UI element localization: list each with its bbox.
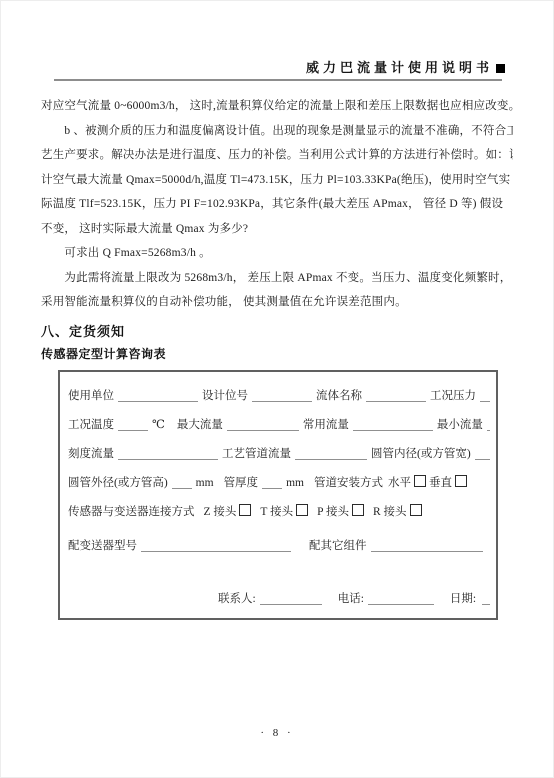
form-title: 传感器定型计算咨询表 bbox=[41, 345, 513, 362]
blank-field[interactable] bbox=[260, 592, 322, 605]
black-square-icon bbox=[496, 64, 505, 73]
field-label: 传感器与变送器连接方式 bbox=[68, 506, 195, 518]
paragraph-line: 对应空气流量 0~6000m3/h， 这时,流量积算仪给定的流量上限和差压上限数… bbox=[41, 94, 513, 119]
body-text: 对应空气流量 0~6000m3/h， 这时,流量积算仪给定的流量上限和差压上限数… bbox=[41, 94, 513, 315]
blank-field[interactable] bbox=[172, 476, 192, 489]
field-label: R 接头 bbox=[373, 506, 407, 518]
field-label: 工况压力 bbox=[430, 390, 476, 402]
field-label: P 接头 bbox=[317, 506, 349, 518]
blank-field[interactable] bbox=[295, 447, 367, 460]
form-row: 圆管外径(或方管高)mm管厚度mm管道安装方式水平垂直 bbox=[66, 469, 490, 498]
field-label: 工况温度 bbox=[68, 419, 114, 431]
field-label: 流体名称 bbox=[316, 390, 362, 402]
field-label: 圆管内径(或方管宽) bbox=[371, 448, 471, 460]
field-label: 电话: bbox=[338, 593, 364, 605]
header-divider bbox=[54, 79, 502, 81]
contact-row: 联系人:电话:日期: bbox=[66, 585, 490, 614]
blank-field[interactable] bbox=[262, 476, 282, 489]
blank-field[interactable] bbox=[141, 539, 291, 552]
field-label: 使用单位 bbox=[68, 390, 114, 402]
field-label: 配变送器型号 bbox=[68, 540, 137, 552]
paragraph-line: 计空气最大流量 Qmax=5000d/h,温度 Tl=473.15K，压力 Pl… bbox=[41, 168, 513, 193]
blank-field[interactable] bbox=[227, 418, 299, 431]
blank-field[interactable] bbox=[353, 418, 433, 431]
checkbox[interactable] bbox=[352, 504, 364, 516]
paragraph-line: b 、被测介质的压力和温度偏离设计值。出现的现象是测量显示的流量不准确，不符合工 bbox=[41, 119, 513, 144]
underlined-group: Z 接头T 接头P 接头R 接头 bbox=[201, 498, 424, 527]
checkbox[interactable] bbox=[410, 504, 422, 516]
blank-field[interactable] bbox=[118, 389, 198, 402]
field-label: 圆管外径(或方管高) bbox=[68, 477, 168, 489]
blank-field[interactable] bbox=[368, 592, 434, 605]
header: 威力巴流量计使用说明书 bbox=[41, 1, 513, 81]
field-label: mm bbox=[196, 477, 214, 489]
form-row: 使用单位设计位号流体名称工况压力MPa bbox=[66, 382, 490, 411]
paragraph-line: 艺生产要求。解决办法是进行温度、压力的补偿。当利用公式计算的方法进行补偿时。如：… bbox=[41, 143, 513, 168]
section-title: 八、定货须知 bbox=[41, 321, 513, 340]
blank-field[interactable] bbox=[252, 389, 312, 402]
field-label: T 接头 bbox=[260, 506, 293, 518]
field-label: 水平 bbox=[388, 477, 411, 489]
paragraph-line: 不变， 这时实际最大流量 Qmax 为多少? bbox=[41, 217, 513, 242]
blank-field[interactable] bbox=[118, 418, 148, 431]
field-label: 联系人: bbox=[218, 593, 256, 605]
blank-field[interactable] bbox=[475, 447, 490, 460]
form-row: 传感器与变送器连接方式Z 接头T 接头P 接头R 接头 bbox=[66, 498, 490, 527]
field-label: 配其它组件 bbox=[309, 540, 367, 552]
form-row: 刻度流量工艺管道流量圆管内径(或方管宽)mm bbox=[66, 440, 490, 469]
header-title-text: 威力巴流量计使用说明书 bbox=[306, 60, 493, 75]
manual-page: 威力巴流量计使用说明书 对应空气流量 0~6000m3/h， 这时,流量积算仪给… bbox=[0, 0, 554, 778]
paragraph-line: 为此需将流量上限改为 5268m3/h， 差压上限 APmax 不变。当压力、温… bbox=[41, 266, 513, 291]
field-label: 管厚度 bbox=[224, 477, 259, 489]
form-row: 工况温度℃最大流量常用流量最小流量 bbox=[66, 411, 490, 440]
blank-field[interactable] bbox=[371, 539, 483, 552]
blank-field[interactable] bbox=[366, 389, 426, 402]
field-label: Z 接头 bbox=[204, 506, 237, 518]
field-label: 日期: bbox=[450, 593, 476, 605]
form-row: 配变送器型号配其它组件 bbox=[66, 532, 490, 561]
field-label: ℃ bbox=[152, 419, 165, 431]
blank-field[interactable] bbox=[470, 477, 490, 489]
header-title: 威力巴流量计使用说明书 bbox=[41, 57, 513, 76]
field-label: 垂直 bbox=[429, 477, 452, 489]
form-rows: 使用单位设计位号流体名称工况压力MPa工况温度℃最大流量常用流量最小流量刻度流量… bbox=[66, 382, 490, 561]
field-label: 最大流量 bbox=[177, 419, 223, 431]
paragraph-line: 采用智能流量积算仪的自动补偿功能， 使其测量值在允许误差范围内。 bbox=[41, 290, 513, 315]
underlined-group: 水平垂直 bbox=[385, 469, 490, 498]
field-label: 常用流量 bbox=[303, 419, 349, 431]
field-label: mm bbox=[286, 477, 304, 489]
paragraph-line: 可求出 Q Fmax=5268m3/h 。 bbox=[41, 241, 513, 266]
checkbox[interactable] bbox=[455, 475, 467, 487]
order-form-box: 使用单位设计位号流体名称工况压力MPa工况温度℃最大流量常用流量最小流量刻度流量… bbox=[58, 370, 498, 620]
field-label: 刻度流量 bbox=[68, 448, 114, 460]
checkbox[interactable] bbox=[239, 504, 251, 516]
blank-field[interactable] bbox=[482, 592, 490, 605]
field-label: 管道安装方式 bbox=[314, 477, 383, 489]
field-label: 设计位号 bbox=[202, 390, 248, 402]
page-number: · 8 · bbox=[1, 727, 553, 739]
blank-field[interactable] bbox=[480, 389, 490, 402]
field-label: 最小流量 bbox=[437, 419, 483, 431]
checkbox[interactable] bbox=[414, 475, 426, 487]
checkbox[interactable] bbox=[296, 504, 308, 516]
blank-field[interactable] bbox=[487, 418, 490, 431]
paragraph-line: 际温度 Tlf=523.15K，压力 PI F=102.93KPa，其它条件(最… bbox=[41, 192, 513, 217]
field-label: 工艺管道流量 bbox=[222, 448, 291, 460]
blank-field[interactable] bbox=[118, 447, 218, 460]
